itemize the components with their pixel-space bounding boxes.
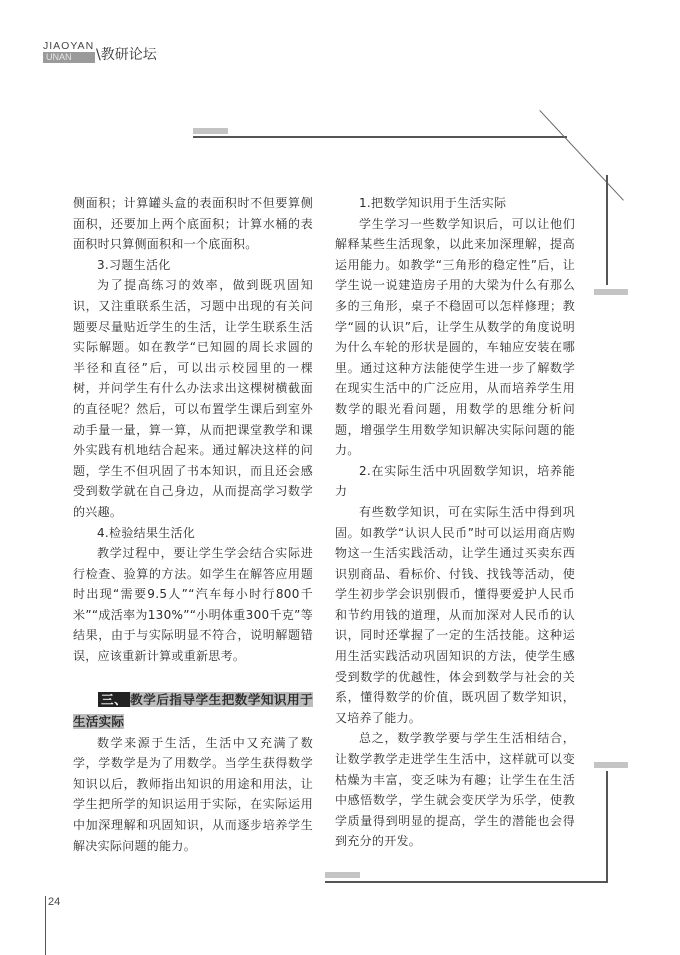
page-number: 24 — [48, 896, 60, 908]
journal-brand-box: UNAN — [43, 52, 95, 63]
decor-bar-right-lower — [594, 762, 628, 768]
decor-diagonal-line — [539, 110, 624, 201]
subheading-apply: 1.把数学知识用于生活实际 — [335, 193, 575, 214]
subheading-consolidate: 2.在实际生活中巩固数学知识，培养能力 — [335, 461, 575, 502]
journal-brand-top: JIAOYAN — [43, 40, 94, 52]
decor-line-right-upper — [606, 175, 608, 285]
section-heading: 三、教学后指导学生把数学知识用于生活实际 — [73, 689, 313, 733]
decor-line-top — [193, 136, 567, 138]
decor-line-right-lower — [606, 771, 608, 882]
decor-line-left-footer — [45, 896, 46, 955]
right-column: 1.把数学知识用于生活实际 学生学习一些数学知识后，可以让他们解释某些生活现象，… — [335, 193, 575, 852]
paragraph-conclusion: 总之，数学教学要与学生生活相结合，让数学教学走进学生生活中，这样就可以变枯燥为丰… — [335, 728, 575, 852]
section-name: \教研论坛 — [96, 46, 157, 64]
paragraph: 为了提高练习的效率，做到既巩固知识，又注重联系生活，习题中出现的有关问题要尽量贴… — [73, 275, 313, 522]
paragraph: 教学过程中，要让学生学会结合实际进行检查、验算的方法。如学生在解答应用题时出现“… — [73, 543, 313, 667]
paragraph: 有些数学知识，可在实际生活中得到巩固。如教学“认识人民币”时可以运用商店购物这一… — [335, 502, 575, 729]
decor-line-bottom — [325, 881, 608, 883]
section-number: 三、 — [98, 692, 130, 707]
decor-bar-bottom — [325, 872, 360, 878]
subheading-exercise: 3.习题生活化 — [73, 255, 313, 276]
paragraph: 学生学习一些数学知识后，可以让他们解释某些生活现象，以此来加深理解，提高运用能力… — [335, 214, 575, 461]
paragraph-continued: 侧面积；计算罐头盒的表面积时不但要算侧面积，还要加上两个底面积；计算水桶的表面积… — [73, 193, 313, 255]
paragraph: 数学来源于生活，生活中又充满了数学，学数学是为了用数学。当学生获得数学知识以后，… — [73, 733, 313, 857]
left-column: 侧面积；计算罐头盒的表面积时不但要算侧面积，还要加上两个底面积；计算水桶的表面积… — [73, 193, 313, 856]
subheading-check: 4.检验结果生活化 — [73, 523, 313, 544]
decor-bar-top — [193, 128, 228, 134]
decor-bar-right-upper — [594, 289, 628, 295]
